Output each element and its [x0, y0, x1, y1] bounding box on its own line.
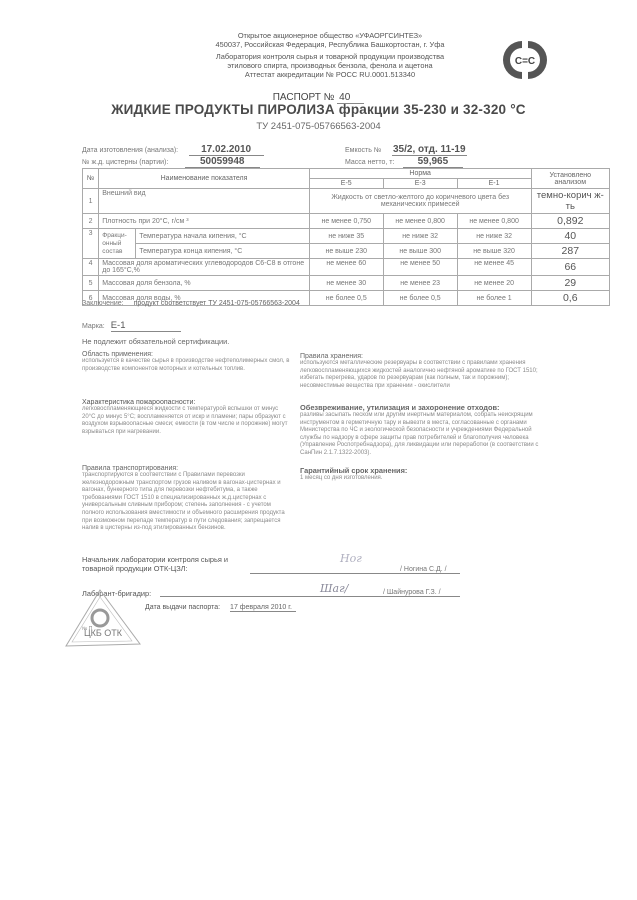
row-norm-e5: не выше 230 [309, 244, 383, 259]
conclusion: Заключение: продукт соответствует ТУ 245… [82, 300, 300, 307]
svg-text:№ П: № П [82, 626, 93, 632]
row-norm-e5: не менее 30 [309, 276, 383, 291]
org-address: 450037, Российская Федерация, Республика… [160, 40, 500, 49]
row-num: 3 [83, 229, 99, 259]
row-norm-e1: не менее 45 [457, 259, 531, 276]
section-body: 1 месяц со дня изготовления. [300, 475, 550, 483]
head-signature: Ног [340, 552, 362, 565]
row-norm-e3: не менее 0,800 [383, 214, 457, 229]
section-title: Правила транспортирования: [82, 465, 292, 472]
section-title: Обезвреживание, утилизация и захоронение… [300, 403, 550, 412]
table-row: 5 Массовая доля бензола, % не менее 30 н… [83, 276, 610, 291]
head-signature-line [250, 573, 460, 574]
otk-stamp-icon: ЦКБ ОТК № П [62, 588, 144, 648]
row-norm-e1: не менее 0,800 [457, 214, 531, 229]
row-num: 4 [83, 259, 99, 276]
grade: Марка: Е-1 [82, 320, 181, 332]
conclusion-label: Заключение: [82, 300, 124, 307]
grade-value: Е-1 [111, 320, 181, 332]
row-norm-e3: не более 0,5 [383, 291, 457, 306]
table-row: 3 Фракци-онный состав Температура начала… [83, 229, 610, 244]
row-name: Плотность при 20°С, г/см ³ [99, 214, 310, 229]
row-norm-e3: не ниже 32 [383, 229, 457, 244]
grade-label: Марка: [82, 323, 105, 330]
section-disposal: Обезвреживание, утилизация и захоронение… [300, 403, 550, 458]
section-warranty: Гарантийный срок хранения: 1 месяц со дн… [300, 466, 550, 483]
section-title: Правила хранения: [300, 353, 550, 360]
row-norm-e5: не менее 60 [309, 259, 383, 276]
quality-table: № Наименование показателя Норма Установл… [82, 168, 610, 306]
svg-text:С=С: С=С [515, 56, 535, 67]
foreman-signature-line [160, 596, 460, 597]
row-norm-e1: не более 1 [457, 291, 531, 306]
row-result: 287 [531, 244, 609, 259]
table-row: 2 Плотность при 20°С, г/см ³ не менее 0,… [83, 214, 610, 229]
row-result: 29 [531, 276, 609, 291]
section-title: Гарантийный срок хранения: [300, 466, 550, 475]
foreman-signature: Шаг/ [320, 582, 348, 595]
row-result: 0,892 [531, 214, 609, 229]
header-grade-e1: Е-1 [457, 179, 531, 189]
table-row: 4 Массовая доля ароматических углеводоро… [83, 259, 610, 276]
row-num: 1 [83, 189, 99, 214]
row-norm-e1: не ниже 32 [457, 229, 531, 244]
issue-date-label: Дата выдачи паспорта: [145, 604, 220, 611]
tank-car-value: 50059948 [185, 156, 260, 168]
issue-date: Дата выдачи паспорта: 17 февраля 2010 г. [145, 604, 296, 611]
head-name: / Ногина С.Д. / [400, 566, 447, 573]
row-norm-e3: не менее 23 [383, 276, 457, 291]
header-grade-e3: Е-3 [383, 179, 457, 189]
section-title: Область применения: [82, 351, 292, 358]
row-name: Массовая доля ароматических углеводородо… [99, 259, 310, 276]
row-result: темно-корич ж-ть [531, 189, 609, 214]
org-name: Открытое акционерное общество «УФАОРГСИН… [160, 31, 500, 40]
net-mass-label: Масса нетто, т: [345, 159, 394, 166]
header-num: № [83, 169, 99, 189]
head-of-lab-label: Начальник лаборатории контроля сырья и т… [82, 555, 228, 573]
tank-car-field: № ж.д. цистерны (партии): 50059948 [82, 151, 260, 169]
row-norm-e5: не менее 0,750 [309, 214, 383, 229]
lab-line-2: этилового спирта, производных бензола, ф… [160, 61, 500, 70]
row-result: 0,6 [531, 291, 609, 306]
header-norm: Норма [309, 169, 531, 179]
header-result: Установлено анализом [531, 169, 609, 189]
net-mass-value: 59,965 [403, 156, 463, 168]
row-name: Массовая доля бензола, % [99, 276, 310, 291]
row-norm-e1: не выше 320 [457, 244, 531, 259]
foreman-name: / Шайнурова Г.З. / [383, 589, 441, 596]
row-norm-e3: не менее 50 [383, 259, 457, 276]
section-application: Область применения: используется в качес… [82, 351, 292, 373]
product-title: ЖИДКИЕ ПРОДУКТЫ ПИРОЛИЗА фракции 35-230 … [0, 102, 637, 117]
section-body: транспортируются в соответствии с Правил… [82, 472, 292, 533]
header-name: Наименование показателя [99, 169, 310, 189]
section-body: легковоспламеняющиеся жидкости с темпера… [82, 406, 292, 436]
section-fire-hazard: Характеристика пожароопасности: легковос… [82, 399, 292, 436]
accreditation: Аттестат аккредитации № POCC RU.0001.513… [160, 70, 500, 79]
section-body: используется в качестве сырья в производ… [82, 358, 292, 373]
row-name: Температура начала кипения, °С [136, 229, 310, 244]
section-body: используются металлические резервуары в … [300, 360, 550, 390]
row-norm-e1: не менее 20 [457, 276, 531, 291]
lab-line-1: Лаборатория контроля сырья и товарной пр… [160, 52, 500, 61]
row-result: 66 [531, 259, 609, 276]
table-row: Температура конца кипения, °С не выше 23… [83, 244, 610, 259]
row-result: 40 [531, 229, 609, 244]
header-grade-e5: Е-5 [309, 179, 383, 189]
row-group: Фракци-онный состав [99, 229, 136, 259]
row-name: Внешний вид [99, 189, 310, 214]
row-norm-e3: не выше 300 [383, 244, 457, 259]
head-label-line-2: товарной продукции ОТК-ЦЗЛ: [82, 564, 228, 573]
section-storage: Правила хранения: используются металличе… [300, 353, 550, 390]
head-label-line-1: Начальник лаборатории контроля сырья и [82, 555, 228, 564]
tank-car-label: № ж.д. цистерны (партии): [82, 159, 168, 166]
certification-logo-icon: С=С [500, 35, 550, 85]
section-transport: Правила транспортирования: транспортирую… [82, 465, 292, 533]
section-body: разливы засыпать песком или другим инерт… [300, 412, 550, 458]
issue-date-value: 17 февраля 2010 г. [230, 604, 296, 612]
row-norm-merged: Жидкость от светло-желтого до коричневог… [309, 189, 531, 214]
section-title: Характеристика пожароопасности: [82, 399, 292, 406]
conclusion-text: продукт соответствует ТУ 2451-075-057665… [134, 300, 300, 307]
certification-note: Не подлежит обязательной сертификации. [82, 337, 229, 346]
net-mass-field: Масса нетто, т: 59,965 [345, 151, 463, 169]
row-name: Температура конца кипения, °С [136, 244, 310, 259]
row-num: 5 [83, 276, 99, 291]
table-row: 1 Внешний вид Жидкость от светло-желтого… [83, 189, 610, 214]
product-tu: ТУ 2451-075-05766563-2004 [0, 121, 637, 132]
row-num: 2 [83, 214, 99, 229]
row-norm-e5: не ниже 35 [309, 229, 383, 244]
row-norm-e5: не более 0,5 [309, 291, 383, 306]
